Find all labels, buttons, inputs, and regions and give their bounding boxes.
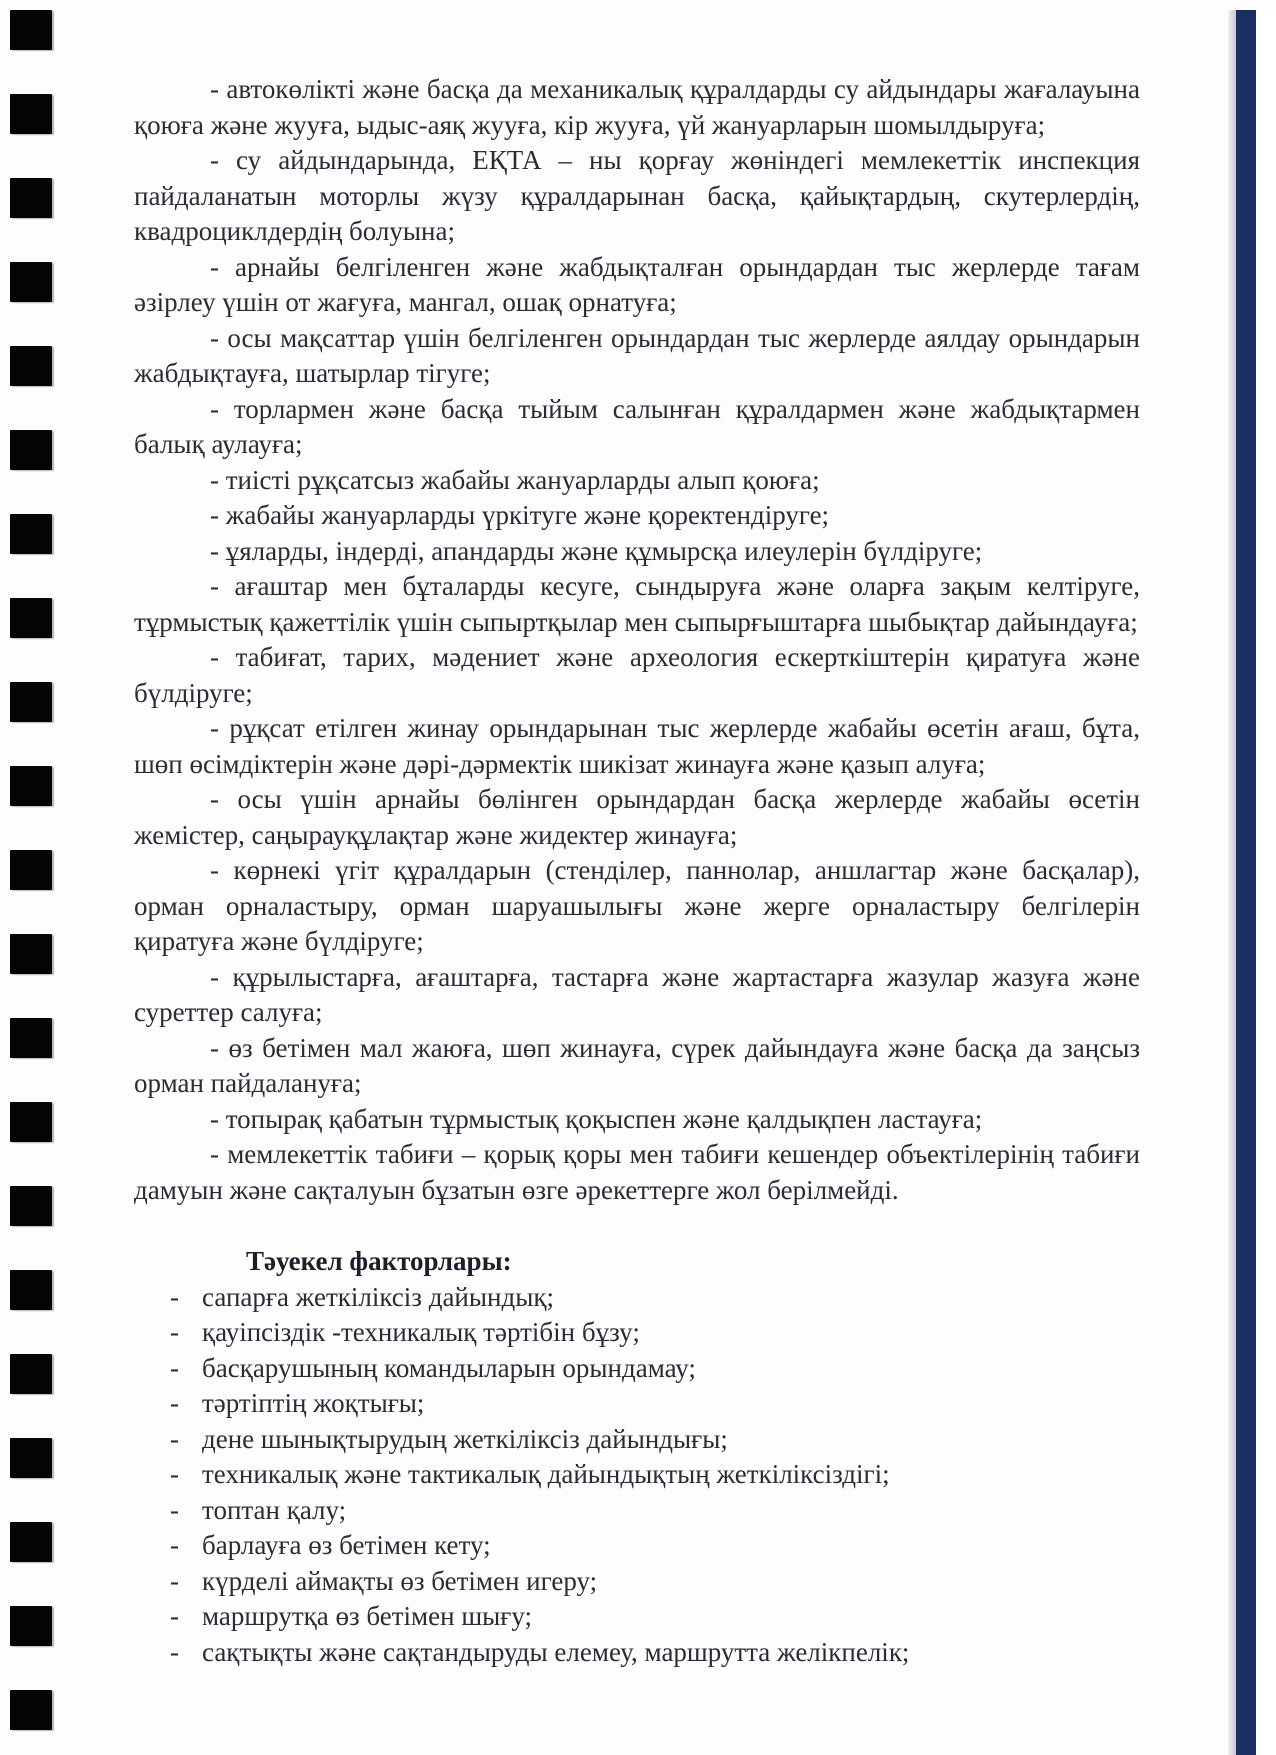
risk-factors-list: -сапарға жеткіліксіз дайындық; -қауіпсіз…: [134, 1280, 1140, 1671]
binding-hole-icon: [10, 850, 52, 890]
prohibition-item: - ұяларды, індерді, апандарды және құмыр…: [134, 534, 1140, 570]
dash-bullet-icon: -: [170, 1457, 202, 1493]
prohibition-item: - өз бетімен мал жаюға, шөп жинауға, сүр…: [134, 1031, 1140, 1102]
risk-factor-text: топтан қалу;: [202, 1493, 346, 1529]
risk-factor-item: -сақтықты және сақтандыруды елемеу, марш…: [134, 1635, 1140, 1671]
prohibition-item: - осы мақсаттар үшін белгіленген орындар…: [134, 321, 1140, 392]
risk-factor-text: сақтықты және сақтандыруды елемеу, маршр…: [202, 1635, 909, 1671]
risk-factor-item: -күрделі аймақты өз бетімен игеру;: [134, 1564, 1140, 1600]
dash-bullet-icon: -: [170, 1528, 202, 1564]
risk-factor-text: сапарға жеткіліксіз дайындық;: [202, 1280, 554, 1316]
prohibition-item: - автокөлікті және басқа да механикалық …: [134, 72, 1140, 143]
risk-factor-text: күрделі аймақты өз бетімен игеру;: [202, 1564, 597, 1600]
binding-hole-icon: [10, 1522, 52, 1562]
risk-factor-item: -маршрутқа өз бетімен шығу;: [134, 1599, 1140, 1635]
document-page: - автокөлікті және басқа да механикалық …: [134, 72, 1140, 1670]
binding-hole-icon: [10, 10, 52, 50]
binding-hole-icon: [10, 766, 52, 806]
risk-factor-item: -тәртіптің жоқтығы;: [134, 1386, 1140, 1422]
binding-hole-icon: [10, 1438, 52, 1478]
risk-factors-heading: Тәуекел факторлары:: [134, 1244, 1140, 1280]
binding-hole-icon: [10, 1690, 52, 1730]
binding-hole-icon: [10, 262, 52, 302]
prohibitions-list: - автокөлікті және басқа да механикалық …: [134, 72, 1140, 1208]
prohibition-item: - табиғат, тарих, мәдениет және археолог…: [134, 640, 1140, 711]
binding-hole-icon: [10, 1186, 52, 1226]
risk-factor-text: маршрутқа өз бетімен шығу;: [202, 1599, 532, 1635]
dash-bullet-icon: -: [170, 1493, 202, 1529]
prohibition-item: - ағаштар мен бұталарды кесуге, сындыруғ…: [134, 569, 1140, 640]
binding-hole-icon: [10, 1354, 52, 1394]
prohibition-item: - құрылыстарға, ағаштарға, тастарға және…: [134, 960, 1140, 1031]
prohibition-item: - тиісті рұқсатсыз жабайы жануарларды ал…: [134, 463, 1140, 499]
binding-hole-icon: [10, 1018, 52, 1058]
prohibition-item: - арнайы белгіленген және жабдықталған о…: [134, 250, 1140, 321]
page-edge-strip: [1228, 10, 1276, 1755]
prohibition-item: - су айдындарында, ЕҚТА – ны қорғау жөні…: [134, 143, 1140, 250]
risk-factor-item: -техникалық және тактикалық дайындықтың …: [134, 1457, 1140, 1493]
risk-factor-item: -барлауға өз бетімен кету;: [134, 1528, 1140, 1564]
dash-bullet-icon: -: [170, 1599, 202, 1635]
prohibition-item: - торлармен және басқа тыйым салынған құ…: [134, 392, 1140, 463]
prohibition-item: - рұқсат етілген жинау орындарынан тыс ж…: [134, 711, 1140, 782]
dash-bullet-icon: -: [170, 1351, 202, 1387]
dash-bullet-icon: -: [170, 1280, 202, 1316]
risk-factor-item: -сапарға жеткіліксіз дайындық;: [134, 1280, 1140, 1316]
risk-factor-text: барлауға өз бетімен кету;: [202, 1528, 491, 1564]
risk-factor-item: -басқарушының командыларын орындамау;: [134, 1351, 1140, 1387]
spiral-binding-holes: [10, 0, 54, 1755]
dash-bullet-icon: -: [170, 1422, 202, 1458]
binding-hole-icon: [10, 94, 52, 134]
binding-hole-icon: [10, 1102, 52, 1142]
prohibition-item: - осы үшін арнайы бөлінген орындардан ба…: [134, 782, 1140, 853]
risk-factor-item: -қауіпсіздік -техникалық тәртібін бұзу;: [134, 1315, 1140, 1351]
dash-bullet-icon: -: [170, 1635, 202, 1671]
risk-factor-text: басқарушының командыларын орындамау;: [202, 1351, 696, 1387]
risk-factor-item: -дене шынықтырудың жеткіліксіз дайындығы…: [134, 1422, 1140, 1458]
risk-factor-text: техникалық және тактикалық дайындықтың ж…: [202, 1457, 890, 1493]
prohibition-item: - мемлекеттік табиғи – қорық қоры мен та…: [134, 1137, 1140, 1208]
risk-factor-item: -топтан қалу;: [134, 1493, 1140, 1529]
binding-hole-icon: [10, 1606, 52, 1646]
binding-hole-icon: [10, 514, 52, 554]
risk-factor-text: тәртіптің жоқтығы;: [202, 1386, 424, 1422]
page-edge-shadow: [1228, 10, 1236, 1755]
dash-bullet-icon: -: [170, 1315, 202, 1351]
dash-bullet-icon: -: [170, 1564, 202, 1600]
risk-factor-text: дене шынықтырудың жеткіліксіз дайындығы;: [202, 1422, 728, 1458]
binding-hole-icon: [10, 682, 52, 722]
binding-hole-icon: [10, 934, 52, 974]
prohibition-item: - жабайы жануарларды үркітуге және қорек…: [134, 498, 1140, 534]
prohibition-item: - топырақ қабатын тұрмыстық қоқыспен жән…: [134, 1102, 1140, 1138]
binding-hole-icon: [10, 598, 52, 638]
prohibition-item: - көрнекі үгіт құралдарын (стенділер, па…: [134, 853, 1140, 960]
binding-hole-icon: [10, 346, 52, 386]
cover-edge: [1236, 10, 1256, 1755]
binding-hole-icon: [10, 430, 52, 470]
dash-bullet-icon: -: [170, 1386, 202, 1422]
binding-hole-icon: [10, 1270, 52, 1310]
binding-hole-icon: [10, 178, 52, 218]
risk-factor-text: қауіпсіздік -техникалық тәртібін бұзу;: [202, 1315, 640, 1351]
